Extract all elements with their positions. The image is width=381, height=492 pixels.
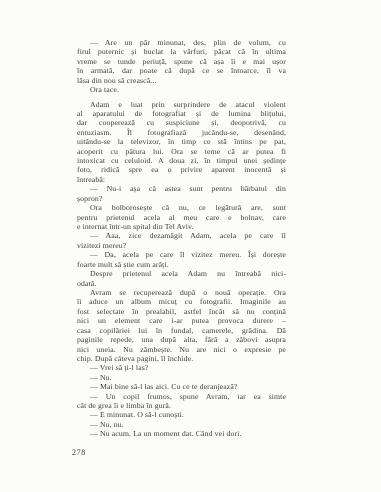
book-page: — Are un păr minunat, des, plin de volum… xyxy=(0,0,381,492)
paragraph: — Da, acela pe care îl vizitez mereu. Îș… xyxy=(77,250,286,269)
text-line: — Un copil frumos, spune Avram, iar ea s… xyxy=(77,392,286,401)
text-line: — Are un păr minunat, des, plin de volum… xyxy=(77,38,286,47)
text-line: casa copilăriei lui în fundal, camerele,… xyxy=(77,326,286,335)
text-line: chip. După câteva pagini, îl închide. xyxy=(77,354,286,363)
text-line: îi aduce un album micuț cu fotografii. I… xyxy=(77,297,286,306)
paragraph: Avram se recuperează după o nouă operați… xyxy=(77,288,286,363)
paragraph: — Are un păr minunat, des, plin de volum… xyxy=(77,38,286,85)
text-line: cât de grea îi e limba în gură. xyxy=(77,401,286,410)
text-line: în armată, dar poate că după ce se întoa… xyxy=(77,66,286,75)
page-number: 278 xyxy=(72,448,86,457)
text-line: entuziasm. Îl fotografiază jucându-se, d… xyxy=(77,128,286,137)
text-line: intoxicat cu celuloid. A doua zi, în tim… xyxy=(77,156,286,165)
paragraph: — Vrei să ți-l las? xyxy=(77,363,286,372)
text-line: Despre prietenul acela Adam nu întreabă … xyxy=(77,269,286,278)
text-line: — Da, acela pe care îl vizitez mereu. Îș… xyxy=(77,250,286,259)
paragraph: — Nu. xyxy=(77,373,286,382)
text-line: lăsa din nou să crească... xyxy=(77,76,286,85)
text-line: nici uneia. Nu zâmbește. Nu are nici o e… xyxy=(77,345,286,354)
paragraph: — E minunat. O să-l cunoști. xyxy=(77,410,286,419)
paragraph: Despre prietenul acela Adam nu întreabă … xyxy=(77,269,286,288)
paragraph: — Mai bine să-l las aici. Cu ce te deran… xyxy=(77,382,286,391)
text-line: — Nu, nu. xyxy=(77,420,286,429)
text-line: — Nu acum. La un moment dat. Când vei do… xyxy=(77,429,286,438)
text-line: al aparatului de fotografiat și de lumin… xyxy=(77,109,286,118)
text-line: Adam e luat prin surprindere de atacul v… xyxy=(77,100,286,109)
text-line: nici un element care i-ar putea provoca … xyxy=(77,316,286,325)
paragraph: — Nu-i așa că astea sunt pentru bărbatul… xyxy=(77,184,286,203)
text-line: firul puternic și buclat la vârfuri, păc… xyxy=(77,47,286,56)
text-line: e internat într-un spital din Tel Aviv. xyxy=(77,222,286,231)
text-line: odată. xyxy=(77,279,286,288)
text-line: — Aaa, zice dezamăgit Adam, acela pe car… xyxy=(77,231,286,240)
paragraph: — Un copil frumos, spune Avram, iar ea s… xyxy=(77,392,286,411)
text-line: întreabă: xyxy=(77,175,286,184)
text-line: șopron? xyxy=(77,194,286,203)
text-line: vreme se tunde periuță, spune că așa îi … xyxy=(77,57,286,66)
paragraph: Ora tace. xyxy=(77,85,286,94)
text-line: foto, ridică spre ea o privire aparent i… xyxy=(77,165,286,174)
paragraph: — Aaa, zice dezamăgit Adam, acela pe car… xyxy=(77,231,286,250)
text-line: — Nu. xyxy=(77,373,286,382)
text-line: vizitezi mereu? xyxy=(77,241,286,250)
paragraph: Ora bolborosește că nu, ce legătură are,… xyxy=(77,203,286,231)
text-line: — Nu-i așa că astea sunt pentru bărbatul… xyxy=(77,184,286,193)
paragraph: — Nu, nu. xyxy=(77,420,286,429)
text-line: Avram se recuperează după o nouă operați… xyxy=(77,288,286,297)
text-line: — Mai bine să-l las aici. Cu ce te deran… xyxy=(77,382,286,391)
text-line: foarte mult să știe cum arăți. xyxy=(77,260,286,269)
text-line: uitându-se la televizor, în timp ce stă … xyxy=(77,137,286,146)
text-line: — E minunat. O să-l cunoști. xyxy=(77,410,286,419)
text-line: fost selectate în prealabil, astfel încâ… xyxy=(77,307,286,316)
text-line: Ora tace. xyxy=(77,85,286,94)
text-line: paginile repede, una după alta, fără a z… xyxy=(77,335,286,344)
paragraph: Adam e luat prin surprindere de atacul v… xyxy=(77,100,286,185)
text-line: acoperit cu pătura lui. Ora se teme că a… xyxy=(77,147,286,156)
text-line: Ora bolborosește că nu, ce legătură are,… xyxy=(77,203,286,212)
text-block: — Are un păr minunat, des, plin de volum… xyxy=(77,38,286,439)
text-line: pentru prietenul acela al meu care e bol… xyxy=(77,213,286,222)
paragraph: — Nu acum. La un moment dat. Când vei do… xyxy=(77,429,286,438)
text-line: dar cooperează cu suspiciune și, deopotr… xyxy=(77,118,286,127)
text-line: — Vrei să ți-l las? xyxy=(77,363,286,372)
